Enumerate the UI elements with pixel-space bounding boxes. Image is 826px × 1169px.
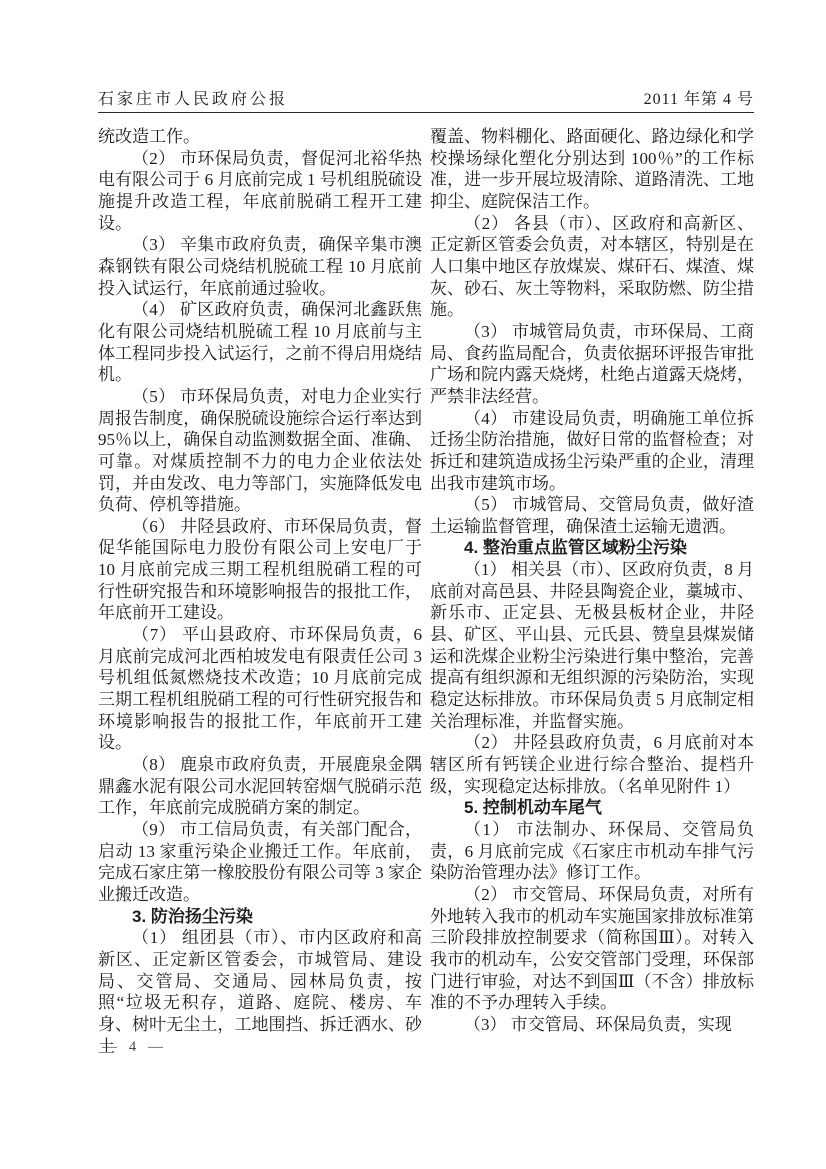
paragraph: （1） 组团县（市）、市内区政府和高新区、正定新区管委会，市城管局、建设局、交管… [98, 927, 422, 1057]
paragraph: （4） 市建设局负责，明确施工单位拆迁扬尘防治措施，做好日常的监督检查；对拆迁和… [430, 408, 754, 495]
paragraph: （5） 市城管局、交管局负责，做好渣土运输监督管理，确保渣土运输无遗洒。 [430, 494, 754, 537]
paragraph: （3） 辛集市政府负责，确保辛集市澳森钢铁有限公司烧结机脱硫工程 10 月底前投… [98, 234, 422, 299]
header-divider [98, 112, 754, 113]
page-number: — 4 — [102, 1039, 167, 1056]
gazette-page: 石家庄市人民政府公报 2011 年第 4 号 统改造工作。 （2） 市环保局负责… [0, 0, 826, 1169]
section-heading-5: 5. 控制机动车尾气 [430, 797, 754, 819]
paragraph: （2） 井陉县政府负责，6 月底前对本辖区所有钙镁企业进行综合整治、提档升级，实… [430, 732, 754, 797]
paragraph: （2） 市交管局、环保局负责，对所有外地转入我市的机动车实施国家排放标准第三阶段… [430, 884, 754, 1014]
paragraph: 覆盖、物料棚化、路面硬化、路边绿化和学校操场绿化塑化分别达到 100％”的工作标… [430, 126, 754, 213]
section-heading-3: 3. 防治扬尘污染 [98, 906, 422, 928]
paragraph: （8） 鹿泉市政府负责，开展鹿泉金隅鼎鑫水泥有限公司水泥回转窑烟气脱硝示范工作，… [98, 754, 422, 819]
issue-number: 2011 年第 4 号 [644, 86, 754, 109]
paragraph: （6） 井陉县政府、市环保局负责，督促华能国际电力股份有限公司上安电厂于 10 … [98, 516, 422, 624]
gazette-title: 石家庄市人民政府公报 [98, 86, 288, 109]
paragraph: （3） 市城管局负责，市环保局、工商局、食药监局配合，负责依据环评报告审批广场和… [430, 321, 754, 408]
left-column: 统改造工作。 （2） 市环保局负责，督促河北裕华热电有限公司于 6 月底前完成 … [98, 126, 422, 1057]
paragraph: （2） 各县（市）、区政府和高新区、正定新区管委会负责，对本辖区，特别是在人口集… [430, 213, 754, 321]
paragraph: （4） 矿区政府负责，确保河北鑫跃焦化有限公司烧结机脱硫工程 10 月底前与主体… [98, 299, 422, 386]
paragraph: 统改造工作。 [98, 126, 422, 148]
right-column: 覆盖、物料棚化、路面硬化、路边绿化和学校操场绿化塑化分别达到 100％”的工作标… [430, 126, 754, 1036]
paragraph: （1） 相关县（市）、区政府负责，8 月底前对高邑县、井陉县陶瓷企业，藁城市、新… [430, 559, 754, 732]
paragraph: （2） 市环保局负责，督促河北裕华热电有限公司于 6 月底前完成 1 号机组脱硫… [98, 148, 422, 235]
paragraph: （7） 平山县政府、市环保局负责，6 月底前完成河北西柏坡发电有限责任公司 3 … [98, 624, 422, 754]
paragraph: （9） 市工信局负责，有关部门配合，启动 13 家重污染企业搬迁工作。年底前，完… [98, 819, 422, 906]
section-heading-4: 4. 整治重点监管区域粉尘污染 [430, 537, 754, 559]
paragraph: （3） 市交管局、环保局负责，实现 [430, 1014, 754, 1036]
page-header: 石家庄市人民政府公报 2011 年第 4 号 [98, 86, 754, 109]
paragraph: （1） 市法制办、环保局、交管局负责，6 月底前完成《石家庄市机动车排气污染防治… [430, 819, 754, 884]
paragraph: （5） 市环保局负责，对电力企业实行周报告制度，确保脱硫设施综合运行率达到 95… [98, 386, 422, 516]
